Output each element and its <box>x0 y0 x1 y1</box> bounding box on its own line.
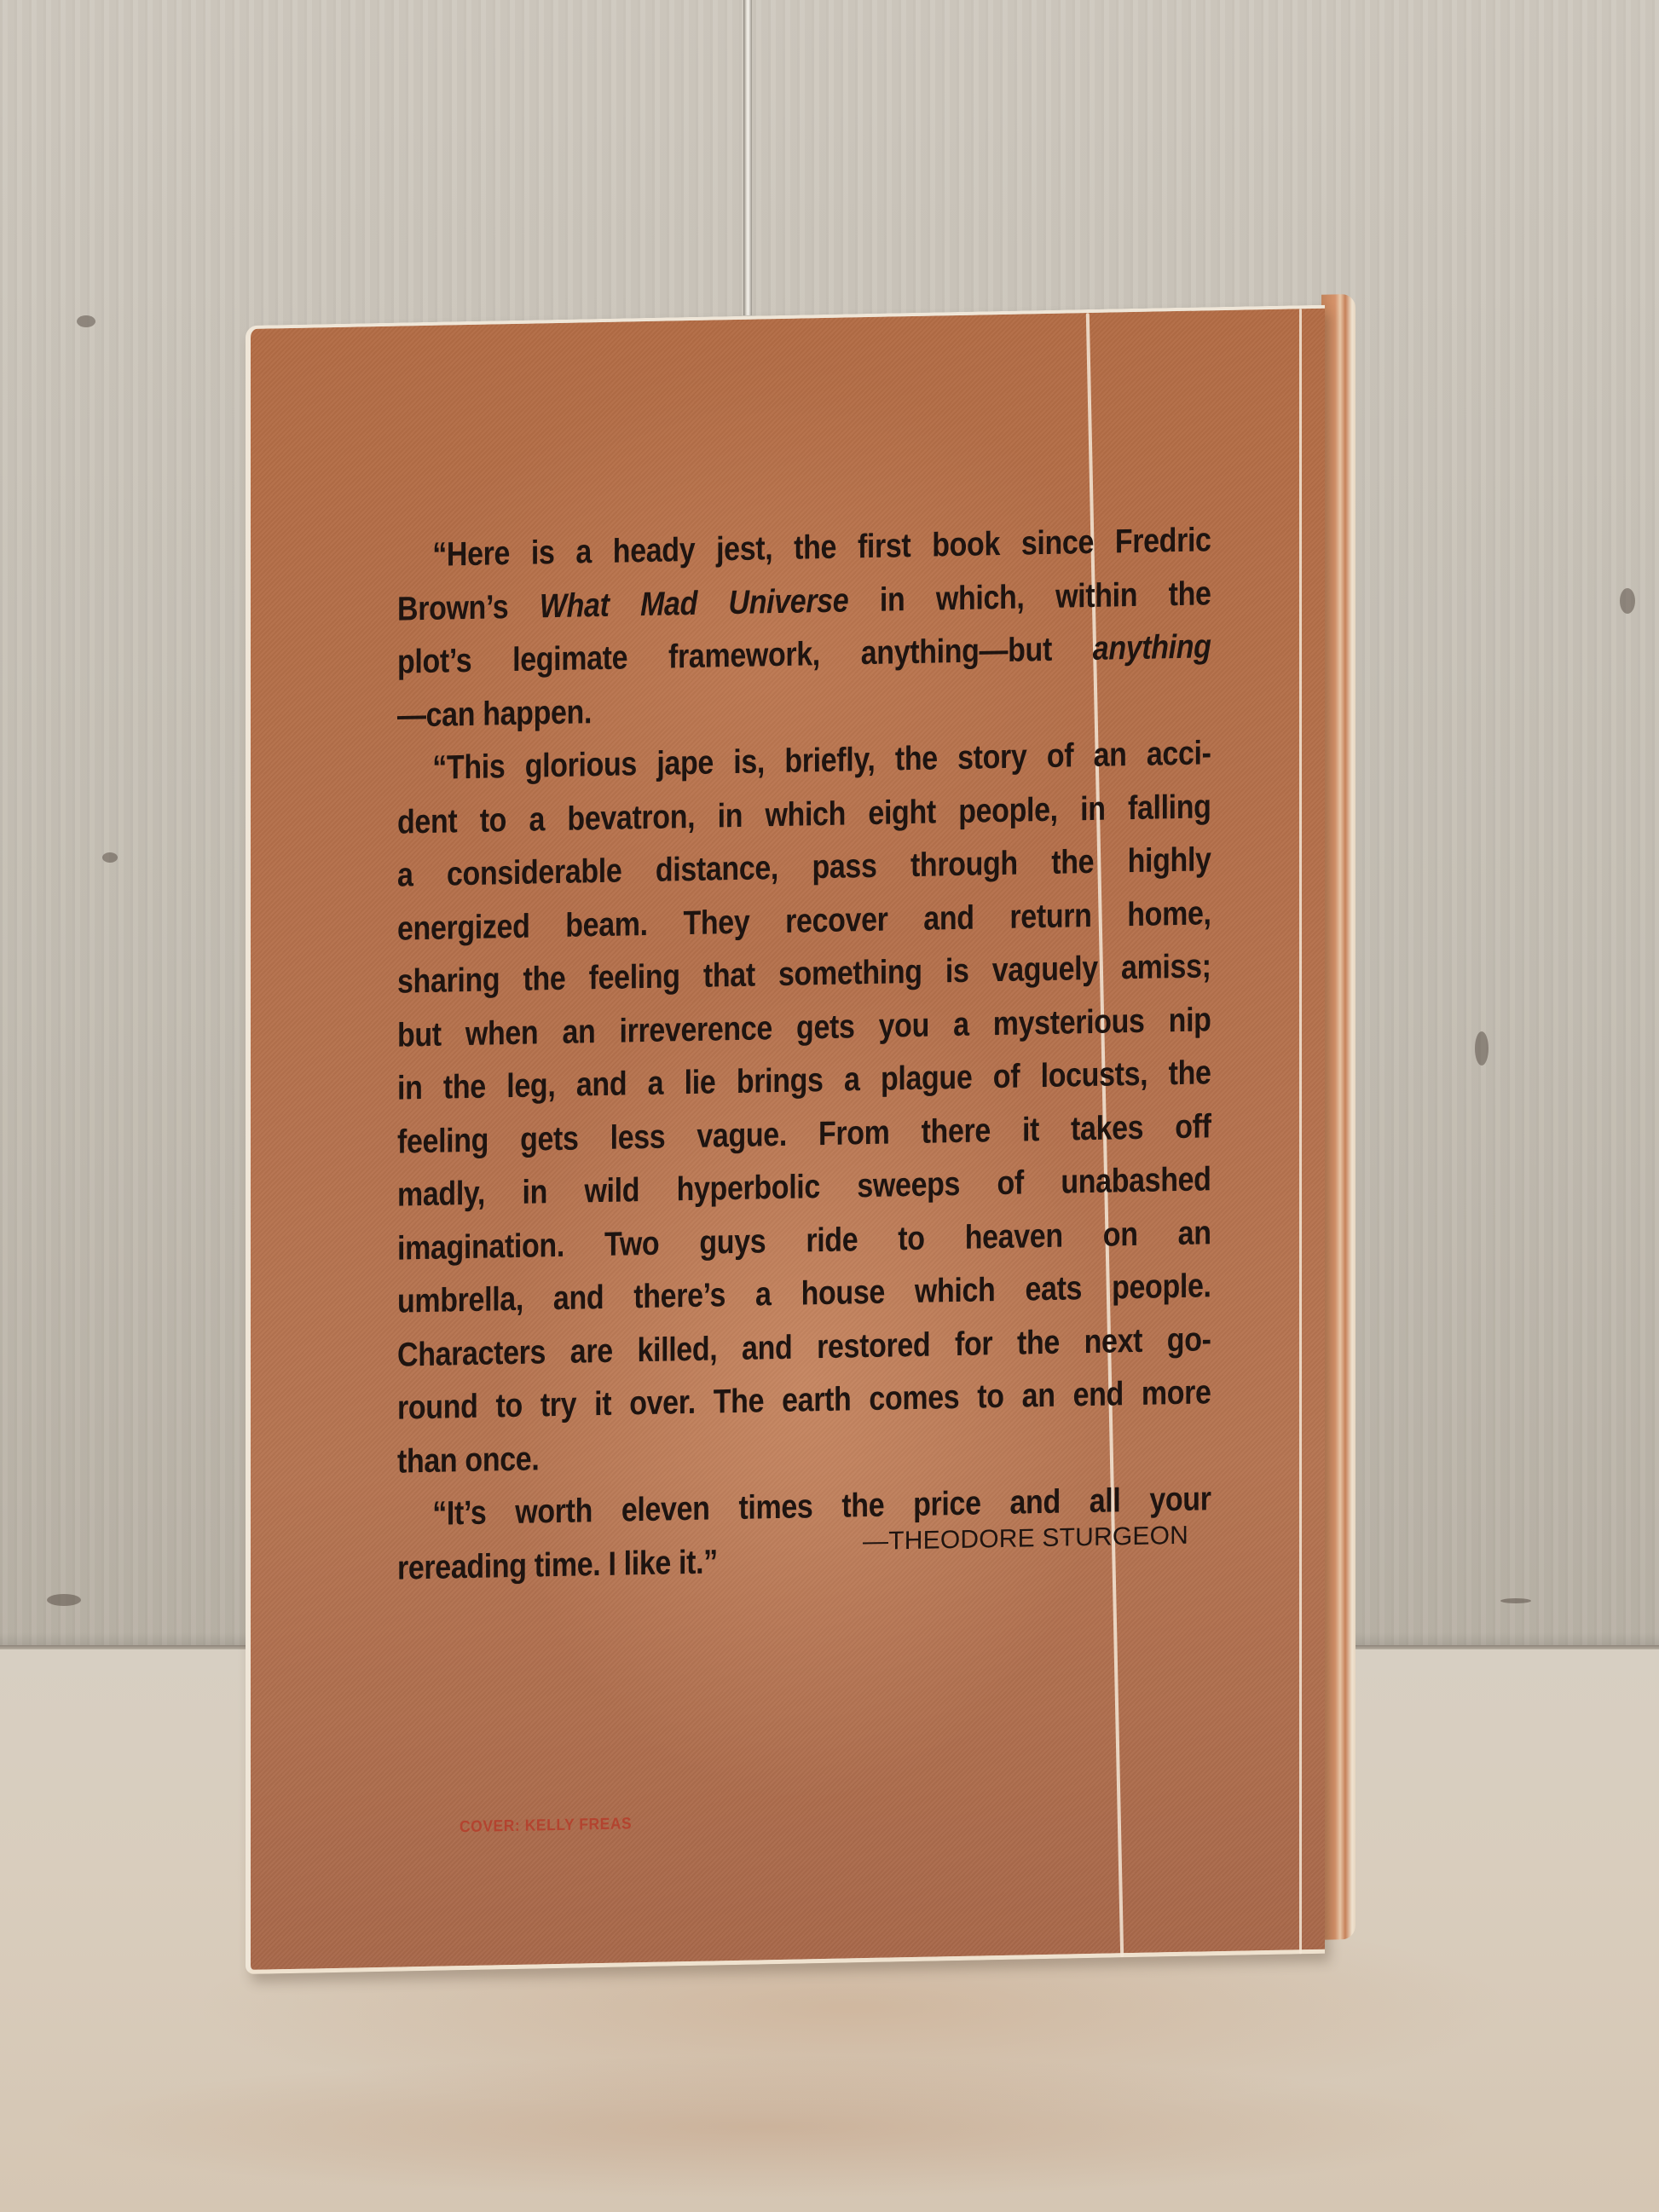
emphasis-italic: anything <box>1093 627 1211 667</box>
blurb-paragraph-2: “This glorious jape is, briefly, the sto… <box>397 726 1211 1487</box>
text-run: Brown’s <box>397 587 540 627</box>
wood-knot <box>102 852 118 863</box>
text-run: plot’s legimate framework, anything—but <box>397 630 1093 681</box>
back-cover: “Here is a heady jest, the first book si… <box>246 305 1325 1974</box>
wood-knot <box>1620 588 1635 614</box>
wood-knot <box>1475 1031 1488 1066</box>
cover-artist-credit: COVER: KELLY FREAS <box>460 1815 632 1837</box>
wood-knot <box>47 1594 81 1606</box>
text-run: in which, within the <box>848 575 1211 619</box>
plank-gap <box>743 0 752 315</box>
wood-knot <box>1500 1598 1531 1603</box>
cover-crease <box>1299 309 1302 1954</box>
paperback-book: “Here is a heady jest, the first book si… <box>246 286 1347 1969</box>
book-spine-edge <box>1321 294 1356 1940</box>
blurb-text: “Here is a heady jest, the first book si… <box>397 513 1211 1594</box>
wood-knot <box>77 315 95 327</box>
blurb-paragraph-1: “Here is a heady jest, the first book si… <box>397 513 1211 742</box>
book-title-italic: What Mad Universe <box>540 581 848 625</box>
